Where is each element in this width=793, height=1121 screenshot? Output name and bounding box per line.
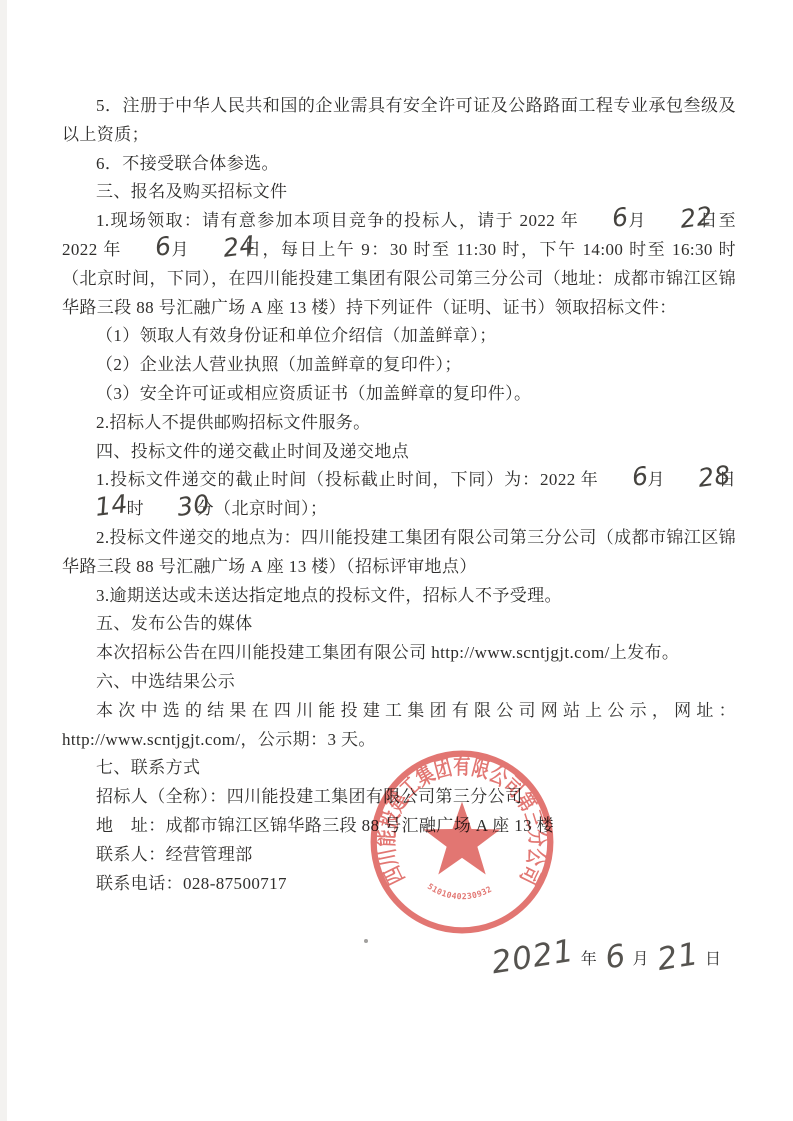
- text-run: 1.现场领取：请有意参加本项目竞争的投标人，请于 2022 年: [96, 211, 579, 230]
- section-6-heading: 六、中选结果公示: [62, 668, 736, 697]
- text-run: 5．注册于中华人民共和国的企业需具有安全许可证及公路路面工程专业承包叁级及以上资…: [62, 96, 736, 144]
- handwritten-text: 6: [579, 217, 629, 223]
- handwritten-year: 2021: [492, 950, 574, 963]
- text-run: 月: [647, 470, 665, 489]
- text-run: 3.逾期送达或未送达指定地点的投标文件，招标人不予受理。: [96, 586, 562, 605]
- text-run: 月: [627, 211, 646, 230]
- section-3-heading: 三、报名及购买招标文件: [62, 178, 736, 207]
- handwritten-text: 24: [190, 245, 256, 253]
- text-run: 6．不接受联合体参选。: [96, 154, 279, 173]
- text-run: 五、发布公告的媒体: [96, 614, 253, 633]
- clause-6: 6．不接受联合体参选。: [62, 150, 736, 179]
- seal-code: 5101040230932: [426, 881, 493, 901]
- month-label: 月: [633, 951, 650, 968]
- text-run: 2.投标文件递交的地点为：四川能投建工集团有限公司第三分公司（成都市锦江区锦华路…: [62, 528, 736, 576]
- text-run: （1）领取人有效身份证和单位介绍信（加盖鲜章）；: [96, 326, 497, 345]
- para-deadline: 1.投标文件递交的截止时间（投标截止时间，下同）为：2022 年6月28日14时…: [62, 466, 736, 524]
- para-late-delivery: 3.逾期送达或未送达指定地点的投标文件，招标人不予受理。: [62, 582, 736, 611]
- text-run: 月: [170, 240, 190, 259]
- text-run: 2.招标人不提供邮购招标文件服务。: [96, 413, 371, 432]
- clause-5: 5．注册于中华人民共和国的企业需具有安全许可证及公路路面工程专业承包叁级及以上资…: [62, 92, 736, 150]
- para-media: 本次招标公告在四川能投建工集团有限公司 http://www.scntjgjt.…: [62, 639, 736, 668]
- seal-star-icon: [424, 802, 501, 875]
- text-run: 时: [127, 499, 144, 518]
- para-no-mail-order: 2.招标人不提供邮购招标文件服务。: [62, 409, 736, 438]
- cert-2: （2）企业法人营业执照（加盖鲜章的复印件）；: [62, 351, 736, 380]
- ink-speck: [364, 939, 368, 943]
- handwritten-month: 6: [605, 955, 625, 958]
- section-5-heading: 五、发布公告的媒体: [62, 610, 736, 639]
- text-run: 分（北京时间）；: [197, 499, 328, 518]
- para-submit-place: 2.投标文件递交的地点为：四川能投建工集团有限公司第三分公司（成都市锦江区锦华路…: [62, 524, 736, 582]
- handwritten-text: 6: [121, 246, 171, 252]
- handwritten-text: 14: [61, 504, 127, 512]
- text-run: 三、报名及购买招标文件: [96, 182, 287, 201]
- handwritten-text: 28: [665, 475, 731, 483]
- year-label: 年: [581, 951, 598, 968]
- text-run: 本次中选的结果在四川能投建工集团有限公司网站上公示，网址：http://www.…: [62, 701, 736, 749]
- handwritten-text: 22: [646, 216, 712, 224]
- text-run: （3）安全许可证或相应资质证书（加盖鲜章的复印件）。: [96, 384, 531, 403]
- cert-3: （3）安全许可证或相应资质证书（加盖鲜章的复印件）。: [62, 380, 736, 409]
- text-run: 联系电话：028-87500717: [96, 874, 287, 893]
- company-seal: 四川能投建工集团有限公司第三分公司 5101040230932: [366, 746, 558, 938]
- signature-date: 2021年6月21日: [489, 946, 727, 969]
- para-site-pickup: 1.现场领取：请有意参加本项目竞争的投标人，请于 2022 年6月22日至 20…: [62, 207, 736, 322]
- scan-edge-artifact: [0, 0, 7, 1121]
- handwritten-text: 30: [144, 504, 210, 512]
- handwritten-day: 21: [657, 954, 698, 960]
- cert-1: （1）领取人有效身份证和单位介绍信（加盖鲜章）；: [62, 322, 736, 351]
- text-run: 本次招标公告在四川能投建工集团有限公司 http://www.scntjgjt.…: [96, 643, 679, 662]
- text-run: （2）企业法人营业执照（加盖鲜章的复印件）；: [96, 355, 462, 374]
- text-run: 联系人：经营管理部: [96, 845, 253, 864]
- text-run: 七、联系方式: [96, 758, 200, 777]
- handwritten-text: 6: [598, 476, 648, 482]
- document-page: 5．注册于中华人民共和国的企业需具有安全许可证及公路路面工程专业承包叁级及以上资…: [0, 0, 793, 1121]
- text-run: 四、投标文件的递交截止时间及递交地点: [96, 442, 409, 461]
- text-run: 1.投标文件递交的截止时间（投标截止时间，下同）为：2022 年: [96, 470, 599, 489]
- day-label: 日: [705, 951, 722, 968]
- text-run: 六、中选结果公示: [96, 672, 235, 691]
